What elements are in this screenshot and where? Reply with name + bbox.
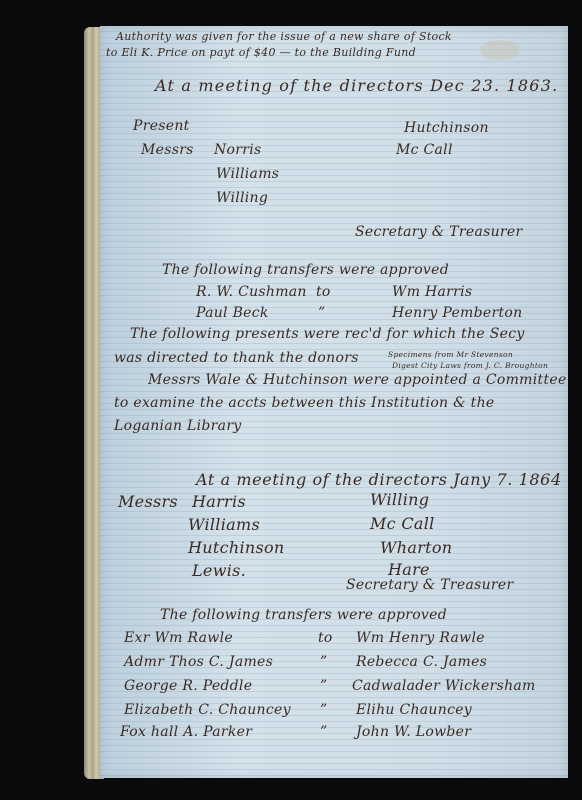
transfer-to: John W. Lowber <box>356 724 471 740</box>
presents-line1: The following presents were rec'd for wh… <box>130 326 525 342</box>
transfer-to: Elihu Chauncey <box>356 702 472 718</box>
transfer-to-mark: ” <box>318 305 325 321</box>
transfer-to: Henry Pemberton <box>392 305 522 321</box>
attendee-name: Wharton <box>380 538 452 557</box>
transfers-heading: The following transfers were approved <box>162 262 449 278</box>
transfer-to: Wm Harris <box>392 284 472 300</box>
messrs-label: Messrs <box>118 492 178 511</box>
transfer-to-mark: to <box>318 630 333 646</box>
attendee-name: Mc Call <box>396 142 453 158</box>
transfer-from: R. W. Cushman <box>196 284 307 300</box>
committee-line1: Messrs Wale & Hutchinson were appointed … <box>148 372 567 388</box>
transfer-to: Cadwalader Wickersham <box>352 678 536 694</box>
attendee-name: Mc Call <box>370 514 435 533</box>
attendee-name: Williams <box>216 166 279 182</box>
present-label: Present <box>133 118 190 134</box>
top-note-line1: Authority was given for the issue of a n… <box>116 30 452 43</box>
attendee-name: Lewis. <box>192 561 246 580</box>
attendee-name: Hutchinson <box>404 120 489 136</box>
transfer-to-mark: ” <box>320 702 327 718</box>
attendee-name: Willing <box>370 490 429 509</box>
transfer-from: Fox hall A. Parker <box>120 724 252 740</box>
presents-note2: Digest City Laws from J. C. Broughton <box>392 361 548 370</box>
attendee-name: Williams <box>188 515 260 534</box>
attendee-name: Willing <box>216 190 268 206</box>
officer-title: Secretary & Treasurer <box>355 224 522 240</box>
top-note-line2: to Eli K. Price on payt of $40 — to the … <box>106 46 416 59</box>
transfer-from: Admr Thos C. James <box>124 654 273 670</box>
transfer-to-mark: ” <box>320 678 327 694</box>
transfer-from: Elizabeth C. Chauncey <box>124 702 291 718</box>
attendee-name: Hutchinson <box>188 538 285 557</box>
transfer-to-mark: ” <box>320 654 327 670</box>
attendee-name: Norris <box>214 142 262 158</box>
transfer-to-mark: to <box>316 284 331 300</box>
officer-title: Secretary & Treasurer <box>346 577 513 593</box>
transfer-to-mark: ” <box>320 724 327 740</box>
presents-note1: Specimens from Mr Stevenson <box>388 350 513 359</box>
transfer-to: Rebecca C. James <box>356 654 487 670</box>
meeting1-heading: At a meeting of the directors Dec 23. 18… <box>155 76 558 95</box>
transfer-to: Wm Henry Rawle <box>356 630 485 646</box>
transfer-from: Exr Wm Rawle <box>124 630 233 646</box>
transfers-heading: The following transfers were approved <box>160 607 447 623</box>
presents-line2: was directed to thank the donors <box>114 350 359 366</box>
transfer-from: Paul Beck <box>196 305 269 321</box>
attendee-name: Harris <box>192 492 246 511</box>
transfer-from: George R. Peddle <box>124 678 252 694</box>
messrs-label: Messrs <box>141 142 194 158</box>
committee-line3: Loganian Library <box>114 418 242 434</box>
committee-line2: to examine the accts between this Instit… <box>114 395 494 411</box>
meeting2-heading: At a meeting of the directors Jany 7. 18… <box>196 470 562 489</box>
paper-stain <box>480 40 520 60</box>
